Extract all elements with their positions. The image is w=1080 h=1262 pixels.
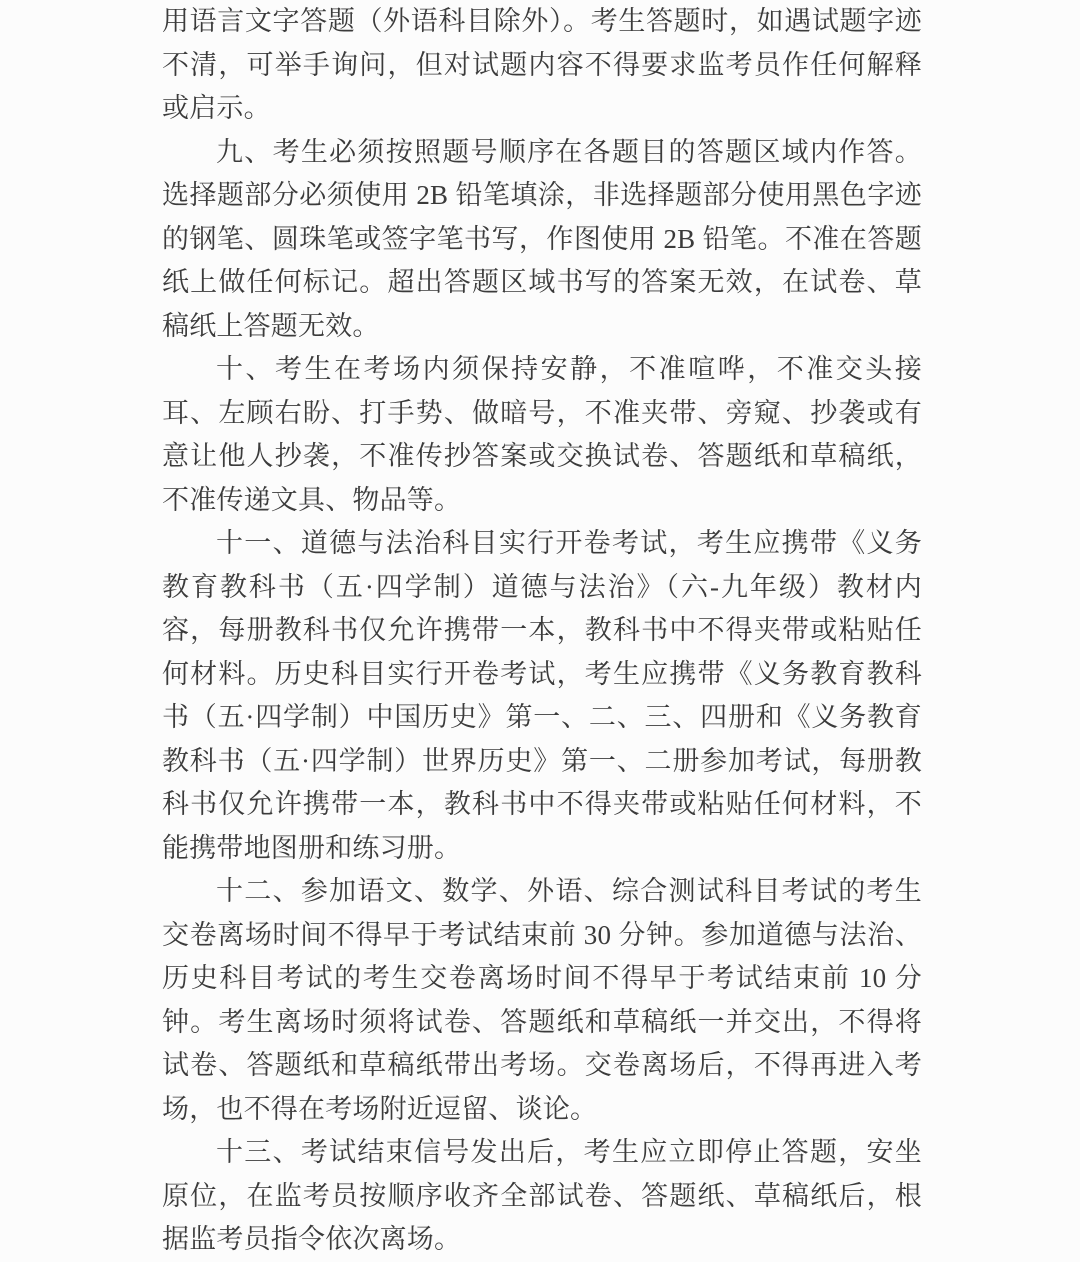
rule-paragraph-13: 十三、考试结束信号发出后，考生应立即停止答题，安坐原位，在监考员按顺序收齐全部试… xyxy=(162,1131,922,1262)
rule-paragraph-12: 十二、参加语文、数学、外语、综合测试科目考试的考生交卷离场时间不得早于考试结束前… xyxy=(162,870,922,1131)
document-page: 用语言文字答题（外语科目除外）。考生答题时，如遇试题字迹不清，可举手询问，但对试… xyxy=(0,0,1080,1262)
rule-paragraph-9: 九、考生必须按照题号顺序在各题目的答题区域内作答。选择题部分必须使用 2B 铅笔… xyxy=(162,131,922,349)
rules-text-block: 用语言文字答题（外语科目除外）。考生答题时，如遇试题字迹不清，可举手询问，但对试… xyxy=(162,0,922,1262)
rule-paragraph-continuation: 用语言文字答题（外语科目除外）。考生答题时，如遇试题字迹不清，可举手询问，但对试… xyxy=(162,0,922,131)
rule-paragraph-11: 十一、道德与法治科目实行开卷考试，考生应携带《义务教育教科书（五·四学制）道德与… xyxy=(162,522,922,870)
rule-paragraph-10: 十、考生在考场内须保持安静，不准喧哗，不准交头接耳、左顾右盼、打手势、做暗号，不… xyxy=(162,348,922,522)
